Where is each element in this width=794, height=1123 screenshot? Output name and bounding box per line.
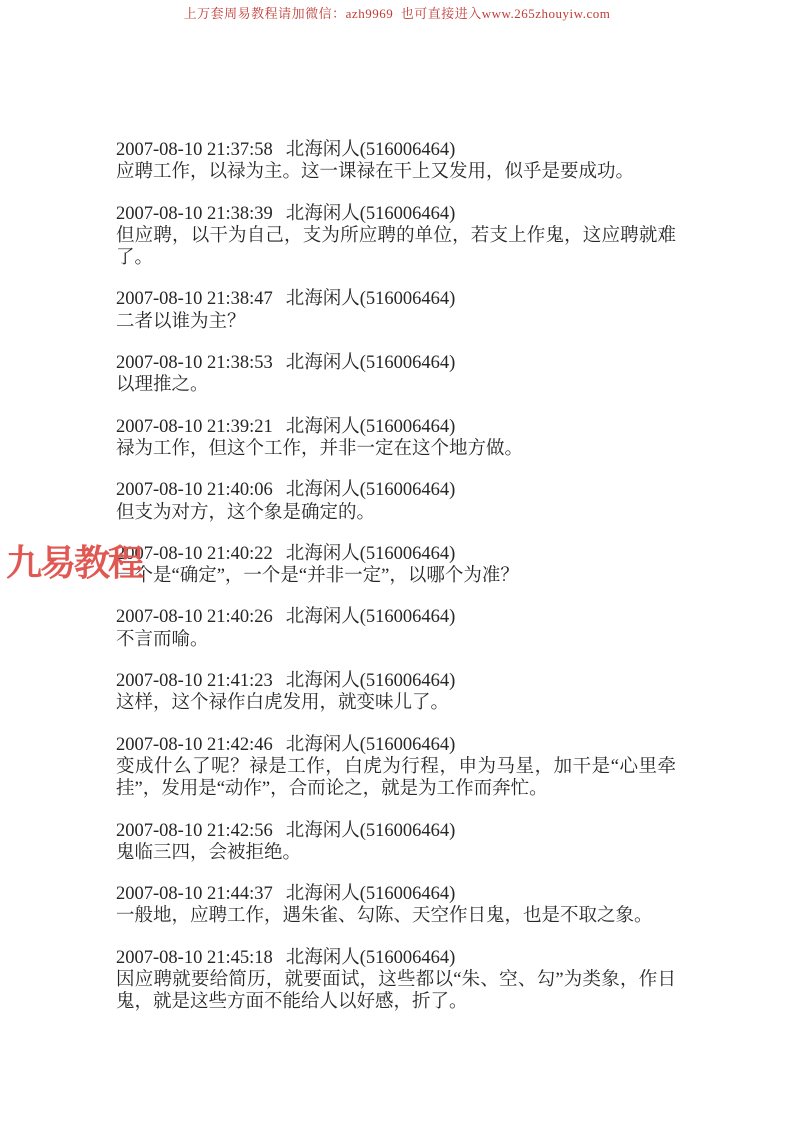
message-sender: 北海闲人(516006464): [286, 353, 456, 373]
chat-message: 2007-08-10 21:39:21北海闲人(516006464) 禄为工作，…: [116, 416, 676, 461]
message-text: 变成什么了呢？禄是工作，白虎为行程，申为马星，加干是“心里牵挂”，发用是“动作”…: [116, 756, 676, 801]
message-timestamp: 2007-08-10 21:45:18: [116, 948, 273, 968]
message-text: 不言而喻。: [116, 629, 676, 651]
message-timestamp: 2007-08-10 21:38:53: [116, 353, 273, 373]
document-page: 上万套周易教程请加微信：azh9969 也可直接进入www.265zhouyiw…: [0, 0, 794, 1123]
chat-message: 2007-08-10 21:45:18北海闲人(516006464) 因应聘就要…: [116, 947, 676, 1014]
message-timestamp: 2007-08-10 21:40:06: [116, 480, 273, 500]
message-sender: 北海闲人(516006464): [286, 671, 456, 691]
message-sender: 北海闲人(516006464): [286, 140, 456, 160]
chat-message: 2007-08-10 21:41:23北海闲人(516006464) 这样，这个…: [116, 670, 676, 715]
message-header: 2007-08-10 21:40:26北海闲人(516006464): [116, 606, 676, 628]
chat-message: 2007-08-10 21:40:26北海闲人(516006464) 不言而喻。: [116, 606, 676, 651]
message-header: 2007-08-10 21:37:58北海闲人(516006464): [116, 139, 676, 161]
message-text: 这样，这个禄作白虎发用，就变味儿了。: [116, 692, 676, 714]
message-sender: 北海闲人(516006464): [286, 735, 456, 755]
message-timestamp: 2007-08-10 21:40:26: [116, 607, 273, 627]
message-text: 禄为工作，但这个工作，并非一定在这个地方做。: [116, 438, 676, 460]
message-timestamp: 2007-08-10 21:39:21: [116, 417, 273, 437]
message-sender: 北海闲人(516006464): [286, 480, 456, 500]
message-header: 2007-08-10 21:39:21北海闲人(516006464): [116, 416, 676, 438]
message-sender: 北海闲人(516006464): [286, 948, 456, 968]
chat-message: 2007-08-10 21:44:37北海闲人(516006464) 一般地，应…: [116, 883, 676, 928]
message-header: 2007-08-10 21:44:37北海闲人(516006464): [116, 883, 676, 905]
message-text: 但应聘，以干为自己，支为所应聘的单位，若支上作鬼，这应聘就难了。: [116, 225, 676, 270]
chat-message: 2007-08-10 21:42:46北海闲人(516006464) 变成什么了…: [116, 734, 676, 801]
message-sender: 北海闲人(516006464): [286, 417, 456, 437]
message-text: 因应聘就要给简历，就要面试，这些都以“朱、空、勾”为类象，作日鬼，就是这些方面不…: [116, 969, 676, 1014]
message-sender: 北海闲人(516006464): [286, 607, 456, 627]
message-sender: 北海闲人(516006464): [286, 289, 456, 309]
chat-message: 2007-08-10 21:38:47北海闲人(516006464) 二者以谁为…: [116, 288, 676, 333]
message-header: 2007-08-10 21:40:06北海闲人(516006464): [116, 479, 676, 501]
message-text: 应聘工作，以禄为主。这一课禄在干上又发用，似乎是要成功。: [116, 161, 676, 183]
message-header: 2007-08-10 21:40:22北海闲人(516006464): [116, 543, 676, 565]
message-header: 2007-08-10 21:38:47北海闲人(516006464): [116, 288, 676, 310]
message-timestamp: 2007-08-10 21:44:37: [116, 884, 273, 904]
message-sender: 北海闲人(516006464): [286, 544, 456, 564]
message-timestamp: 2007-08-10 21:40:22: [116, 544, 273, 564]
message-sender: 北海闲人(516006464): [286, 821, 456, 841]
message-timestamp: 2007-08-10 21:38:47: [116, 289, 273, 309]
message-header: 2007-08-10 21:42:46北海闲人(516006464): [116, 734, 676, 756]
message-timestamp: 2007-08-10 21:38:39: [116, 204, 273, 224]
message-text: 但支为对方，这个象是确定的。: [116, 502, 676, 524]
message-text: 二者以谁为主？: [116, 311, 676, 333]
chat-message: 2007-08-10 21:38:53北海闲人(516006464) 以理推之。: [116, 352, 676, 397]
message-sender: 北海闲人(516006464): [286, 204, 456, 224]
message-timestamp: 2007-08-10 21:42:46: [116, 735, 273, 755]
message-text: 鬼临三四，会被拒绝。: [116, 842, 676, 864]
message-timestamp: 2007-08-10 21:41:23: [116, 671, 273, 691]
chat-message: 2007-08-10 21:40:06北海闲人(516006464) 但支为对方…: [116, 479, 676, 524]
promo-header: 上万套周易教程请加微信：azh9969 也可直接进入www.265zhouyiw…: [0, 5, 794, 23]
chat-message: 2007-08-10 21:37:58北海闲人(516006464) 应聘工作，…: [116, 139, 676, 184]
chat-message: 2007-08-10 21:42:56北海闲人(516006464) 鬼临三四，…: [116, 820, 676, 865]
message-text: 以理推之。: [116, 374, 676, 396]
chat-message: 2007-08-10 21:38:39北海闲人(516006464) 但应聘，以…: [116, 203, 676, 270]
message-sender: 北海闲人(516006464): [286, 884, 456, 904]
message-header: 2007-08-10 21:38:39北海闲人(516006464): [116, 203, 676, 225]
message-text: 一个是“确定”，一个是“并非一定”，以哪个为准？: [116, 565, 676, 587]
chat-message: 2007-08-10 21:40:22北海闲人(516006464) 一个是“确…: [116, 543, 676, 588]
message-text: 一般地，应聘工作，遇朱雀、勾陈、天空作日鬼，也是不取之象。: [116, 905, 676, 927]
message-timestamp: 2007-08-10 21:42:56: [116, 821, 273, 841]
message-header: 2007-08-10 21:42:56北海闲人(516006464): [116, 820, 676, 842]
message-header: 2007-08-10 21:45:18北海闲人(516006464): [116, 947, 676, 969]
message-header: 2007-08-10 21:41:23北海闲人(516006464): [116, 670, 676, 692]
message-header: 2007-08-10 21:38:53北海闲人(516006464): [116, 352, 676, 374]
message-timestamp: 2007-08-10 21:37:58: [116, 140, 273, 160]
chat-log: 2007-08-10 21:37:58北海闲人(516006464) 应聘工作，…: [116, 139, 676, 1033]
